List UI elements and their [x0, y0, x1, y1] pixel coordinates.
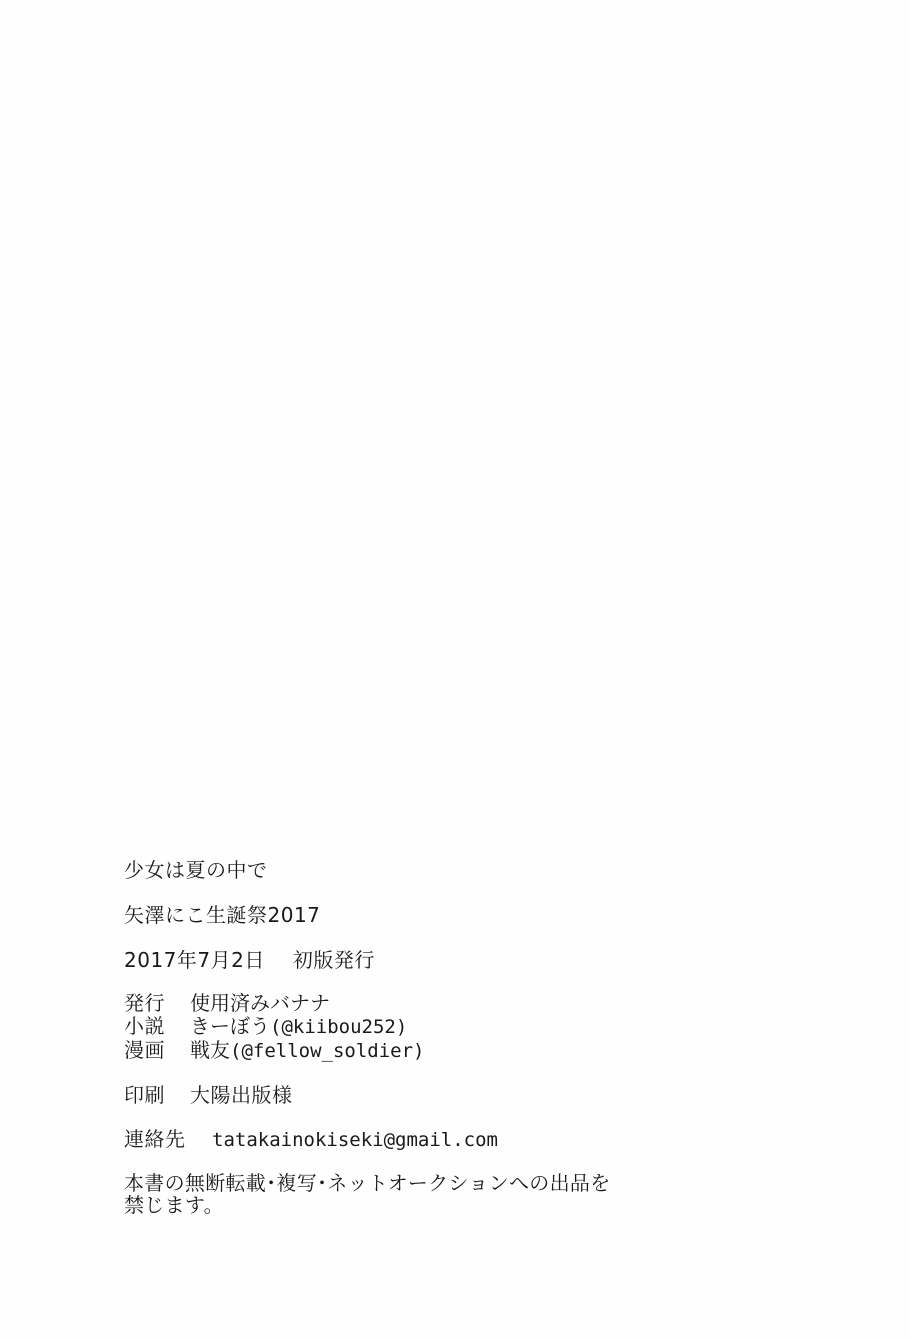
credit-manga: 漫画戦友(@fellow_soldier): [124, 1039, 724, 1063]
printer-name: 大陽出版様: [190, 1083, 293, 1107]
notice-line-1: 本書の無断転載･複写･ネットオークションへの出品を: [124, 1172, 724, 1194]
credit-name: 戦友: [190, 1038, 230, 1062]
colophon: 少女は夏の中で 矢澤にこ生誕祭2017 2017年7月2日初版発行 発行使用済み…: [124, 858, 724, 1216]
printer-info: 印刷大陽出版様: [124, 1083, 724, 1107]
contact-email: tatakainokiseki@gmail.com: [212, 1129, 498, 1151]
event-name: 矢澤にこ生誕祭2017: [124, 903, 724, 927]
credit-label: 発行: [124, 992, 190, 1015]
edition-label: 初版発行: [293, 948, 375, 972]
credit-name: きーぼう: [190, 1014, 270, 1038]
credit-handle: (@fellow_soldier): [230, 1040, 424, 1062]
credit-novel: 小説きーぼう(@kiibou252): [124, 1015, 724, 1039]
publication-date: 2017年7月2日: [124, 948, 265, 972]
copyright-notice: 本書の無断転載･複写･ネットオークションへの出品を 禁じます。: [124, 1172, 724, 1216]
publication-info: 2017年7月2日初版発行: [124, 948, 724, 972]
contact-label: 連絡先: [124, 1127, 212, 1151]
credits-list: 発行使用済みバナナ 小説きーぼう(@kiibou252) 漫画戦友(@fello…: [124, 992, 724, 1063]
credit-publisher: 発行使用済みバナナ: [124, 992, 724, 1015]
book-title: 少女は夏の中で: [124, 858, 724, 882]
credit-handle: (@kiibou252): [270, 1016, 407, 1038]
contact-info: 連絡先tatakainokiseki@gmail.com: [124, 1127, 724, 1152]
credit-label: 漫画: [124, 1039, 190, 1062]
notice-line-2: 禁じます。: [124, 1194, 724, 1216]
credit-label: 小説: [124, 1015, 190, 1038]
credit-name: 使用済みバナナ: [190, 991, 330, 1015]
printer-label: 印刷: [124, 1083, 190, 1107]
